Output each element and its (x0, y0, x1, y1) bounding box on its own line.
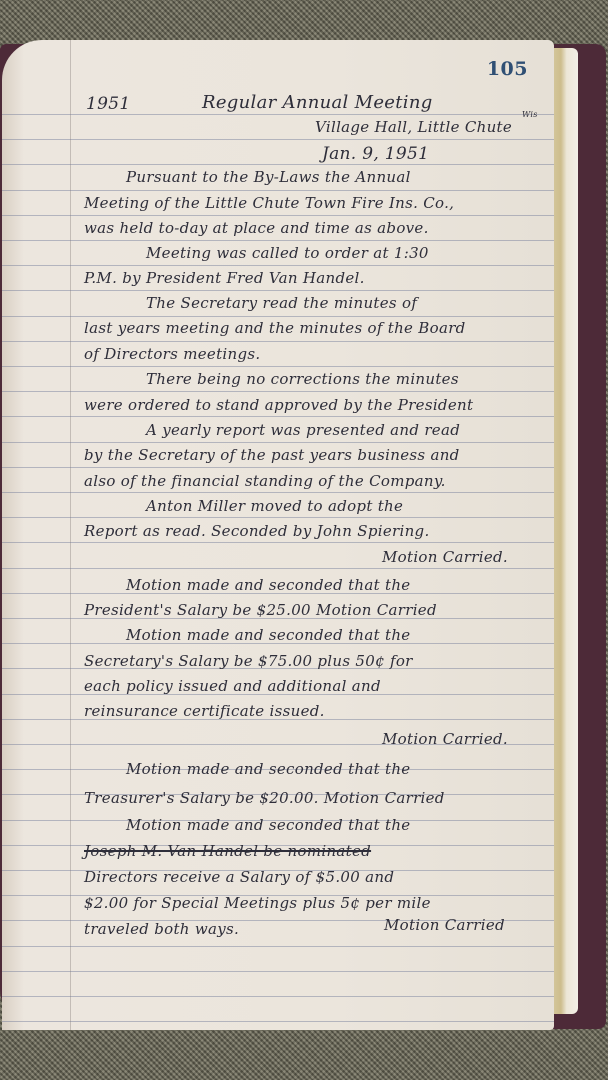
margin-line (70, 40, 71, 1030)
meeting-location: Village Hall, Little Chute (315, 118, 512, 136)
minutes-line: Motion made and seconded that the (126, 816, 410, 834)
minutes-line: Directors receive a Salary of $5.00 and (84, 868, 394, 886)
entry-year: 1951 (86, 94, 130, 114)
minutes-line: traveled both ways. (84, 920, 239, 938)
minutes-line: Meeting was called to order at 1:30 (146, 244, 429, 262)
minutes-line: reinsurance certificate issued. (84, 702, 325, 720)
ruled-line (2, 139, 554, 140)
ruled-line (2, 492, 554, 493)
minutes-line: Motion made and seconded that the (126, 626, 410, 644)
ruled-line (2, 215, 554, 216)
minutes-line: Treasurer's Salary be $20.00. Motion Car… (84, 789, 445, 807)
ruled-line (2, 190, 554, 191)
ruled-line (2, 366, 554, 367)
minutes-line: were ordered to stand approved by the Pr… (84, 396, 473, 414)
ruled-line (2, 517, 554, 518)
minutes-line: Secretary's Salary be $75.00 plus 50¢ fo… (84, 652, 413, 670)
minutes-line: P.M. by President Fred Van Handel. (84, 269, 365, 287)
minutes-line: Motion made and seconded that the (126, 576, 410, 594)
ruled-line (2, 467, 554, 468)
minutes-line: Meeting of the Little Chute Town Fire In… (84, 194, 454, 212)
ruled-line (2, 290, 554, 291)
ruled-line (2, 265, 554, 266)
ruled-line (2, 341, 554, 342)
meeting-date: Jan. 9, 1951 (322, 144, 429, 164)
minutes-line: Motion Carried. (382, 730, 508, 748)
ruled-line (2, 971, 554, 972)
minutes-line: also of the financial standing of the Co… (84, 472, 446, 490)
minutes-line: Anton Miller moved to adopt the (146, 497, 403, 515)
ruled-line (2, 164, 554, 165)
ruled-line (2, 316, 554, 317)
minutes-line: by the Secretary of the past years busin… (84, 446, 460, 464)
minutes-line: $2.00 for Special Meetings plus 5¢ per m… (84, 894, 431, 912)
minutes-line: A yearly report was presented and read (146, 421, 460, 439)
ruled-line (2, 1021, 554, 1022)
minutes-line: The Secretary read the minutes of (146, 294, 417, 312)
location-note: Wis (522, 110, 538, 119)
ruled-line (2, 391, 554, 392)
meeting-heading: Regular Annual Meeting (202, 92, 433, 113)
ruled-line (2, 542, 554, 543)
page-number: 105 (487, 58, 528, 80)
minutes-line: President's Salary be $25.00 Motion Carr… (84, 601, 437, 619)
minutes-line: of Directors meetings. (84, 345, 260, 363)
ruled-line (2, 568, 554, 569)
ledger-page: 105 1951 Regular Annual Meeting Village … (2, 40, 554, 1030)
minutes-line: There being no corrections the minutes (146, 370, 459, 388)
minutes-line: last years meeting and the minutes of th… (84, 319, 466, 337)
ruled-line (2, 114, 554, 115)
minutes-line: was held to-day at place and time as abo… (84, 219, 429, 237)
minutes-line: Report as read. Seconded by John Spierin… (84, 522, 430, 540)
ruled-line (2, 240, 554, 241)
minutes-line: Motion Carried. (382, 548, 508, 566)
minutes-line: Motion made and seconded that the (126, 760, 410, 778)
minutes-line: each policy issued and additional and (84, 677, 381, 695)
ruled-line (2, 416, 554, 417)
ruled-line (2, 946, 554, 947)
ruled-line (2, 442, 554, 443)
struck-minutes-line: Joseph M. Van Handel be nominated (84, 842, 371, 860)
minutes-line: Pursuant to the By-Laws the Annual (126, 168, 411, 186)
ruled-line (2, 996, 554, 997)
minutes-line: Motion Carried (384, 916, 505, 934)
